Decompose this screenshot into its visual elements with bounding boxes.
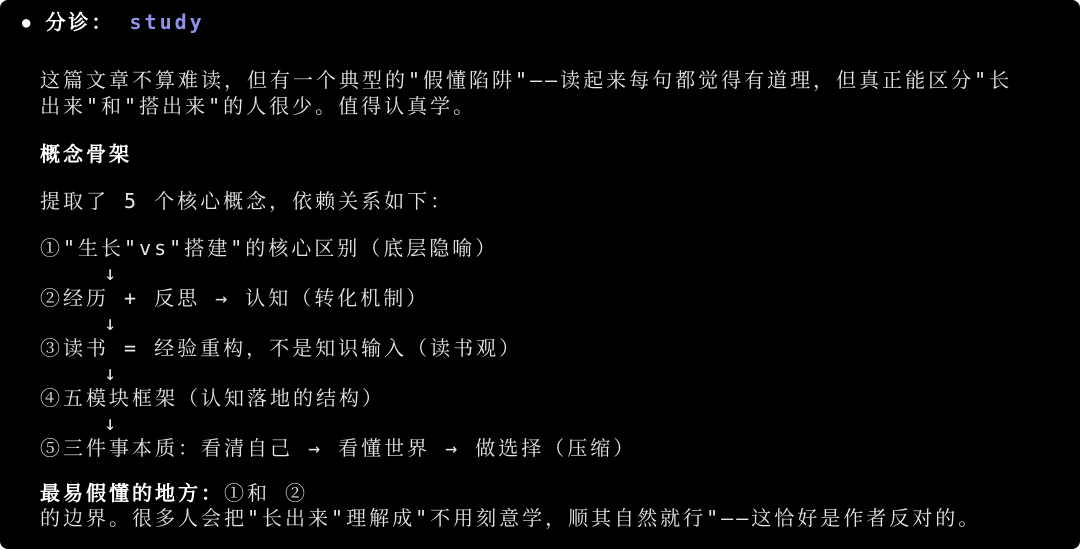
section-lead: 提取了 5 个核心概念，依赖关系如下： — [40, 189, 1064, 214]
warning-line-2: 的边界。很多人会把"长出来"理解成"不用刻意学，顺其自然就行"——这恰好是作者反… — [40, 506, 1064, 531]
down-arrow-icon: ↓ — [40, 311, 1064, 336]
bullet-icon: ● — [22, 15, 30, 31]
down-arrow-icon: ↓ — [40, 361, 1064, 386]
down-arrow-icon: ↓ — [40, 261, 1064, 286]
warning-paragraph: 最易假懂的地方：①和 ② 的边界。很多人会把"长出来"理解成"不用刻意学，顺其自… — [40, 481, 1064, 531]
warning-refs: ①和 ② — [224, 481, 308, 505]
warning-bold: 最易假懂的地方： — [40, 481, 224, 505]
concept-item-5: ⑤三件事本质：看清自己 → 看懂世界 → 做选择（压缩） — [40, 436, 1064, 461]
intro-line-2: 出来"和"搭出来"的人很少。值得认真学。 — [40, 93, 1064, 119]
concept-item-4: ④五模块框架（认知落地的结构） — [40, 386, 1064, 411]
concept-item-3: ③读书 = 经验重构，不是知识输入（读书观） — [40, 336, 1064, 361]
intro-line-1: 这篇文章不算难读，但有一个典型的"假懂陷阱"——读起来每句都觉得有道理，但真正能… — [40, 67, 1064, 93]
down-arrow-icon: ↓ — [40, 411, 1064, 436]
concept-item-1: ①"生长"vs"搭建"的核心区别（底层隐喻） — [40, 236, 1064, 261]
warning-line-1: 最易假懂的地方：①和 ② — [40, 481, 1064, 506]
triage-row: ●分诊： study — [22, 10, 1064, 36]
terminal-output: ●分诊： study 这篇文章不算难读，但有一个典型的"假懂陷阱"——读起来每句… — [0, 0, 1080, 549]
concept-item-2: ②经历 + 反思 → 认知（转化机制） — [40, 286, 1064, 311]
triage-value: study — [129, 10, 204, 34]
concept-list: ①"生长"vs"搭建"的核心区别（底层隐喻） ↓ ②经历 + 反思 → 认知（转… — [40, 236, 1064, 461]
section-heading: 概念骨架 — [40, 141, 1064, 167]
triage-label: 分诊： — [45, 10, 114, 34]
intro-paragraph: 这篇文章不算难读，但有一个典型的"假懂陷阱"——读起来每句都觉得有道理，但真正能… — [40, 67, 1064, 119]
